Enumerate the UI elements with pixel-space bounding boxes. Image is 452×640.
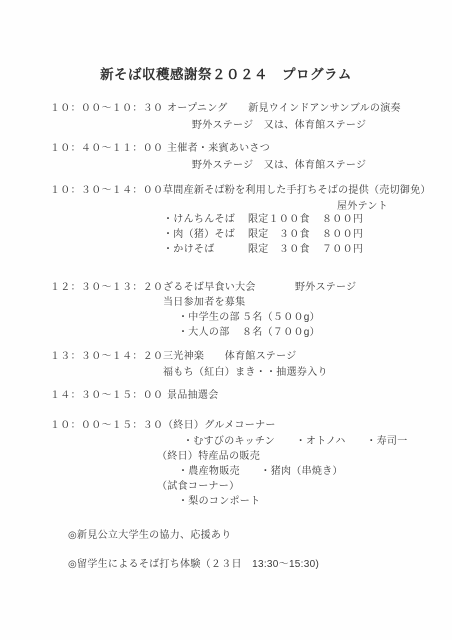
menu-item-limit: 限定 ３０食 xyxy=(248,244,310,256)
section-label: （終日）特産品の販売 xyxy=(157,451,260,463)
event-title: 主催者・来賓あいさつ xyxy=(167,143,270,155)
event-note: 福もち（紅白）まき・・抽選券入り xyxy=(163,367,328,379)
contest-division-name: ・中学生の部 xyxy=(178,312,240,324)
event-time: １０：３０～１４：００ xyxy=(50,185,163,197)
menu-item-name: ・肉（猪）そば xyxy=(163,229,235,241)
event-time: １２：３０～１３：２０ xyxy=(50,282,163,294)
footnote: ◎新見公立大学生の協力、応援あり xyxy=(68,530,232,542)
menu-item-limit: 限定１００食 xyxy=(248,214,310,226)
menu-item-limit: 限定 ３０食 xyxy=(248,229,310,241)
event-venue: 屋外テント xyxy=(337,201,388,213)
event-title: ざるそば早食い大会 xyxy=(163,282,256,294)
event-time: １０：４０～１１：００ xyxy=(50,143,163,155)
menu-item-name: ・けんちんそば xyxy=(163,214,235,226)
contest-division-detail: ８名（７００g） xyxy=(242,327,320,339)
footnote: ◎留学生によるそば打ち体験（２３日 13:30～15:30) xyxy=(68,559,319,571)
vendor-list: ・農産物販売 ・猪肉（串焼き） xyxy=(178,466,343,478)
event-time: １０：００～１５：３０ xyxy=(50,420,163,432)
event-time: １４：３０～１５：００ xyxy=(50,390,163,402)
vendor-list-item: ・梨のコンポート xyxy=(178,496,260,508)
contest-division-detail: ５名（５００g） xyxy=(242,312,320,324)
menu-item-name: ・かけそば xyxy=(163,244,215,256)
event-title: 三光神楽 体育館ステージ xyxy=(163,351,297,363)
event-venue: 野外ステージ xyxy=(295,282,356,294)
menu-item-price: ７００円 xyxy=(322,244,363,256)
vendor-list: ・むすびのキッチン ・オトノハ ・寿司一 xyxy=(183,436,408,448)
event-title: 景品抽選会 xyxy=(167,390,219,402)
event-title: （終日）グルメコーナー xyxy=(163,420,276,432)
contest-division-name: ・大人の部 xyxy=(178,327,230,339)
event-time: １３：３０～１４：２０ xyxy=(50,351,163,363)
scanned-program-page: 新そば収穫感謝祭２０２４ プログラム １０：００～１０：３０ オープニング 新見… xyxy=(0,0,452,640)
event-venue: 野外ステージ 又は、体育館ステージ xyxy=(192,120,366,132)
menu-item-price: ８００円 xyxy=(322,214,363,226)
event-time: １０：００～１０：３０ xyxy=(50,103,163,115)
event-title: 草間産新そば粉を利用した手打ちそばの提供（売切御免） xyxy=(163,185,431,197)
event-title: オープニング 新見ウインドアンサンブルの演奏 xyxy=(167,103,401,115)
menu-item-price: ８００円 xyxy=(322,229,363,241)
section-label: （試食コーナー） xyxy=(157,481,239,493)
event-note: 当日参加者を募集 xyxy=(163,297,245,309)
event-venue: 野外ステージ 又は、体育館ステージ xyxy=(192,160,366,172)
document-title: 新そば収穫感謝祭２０２４ プログラム xyxy=(0,63,452,83)
